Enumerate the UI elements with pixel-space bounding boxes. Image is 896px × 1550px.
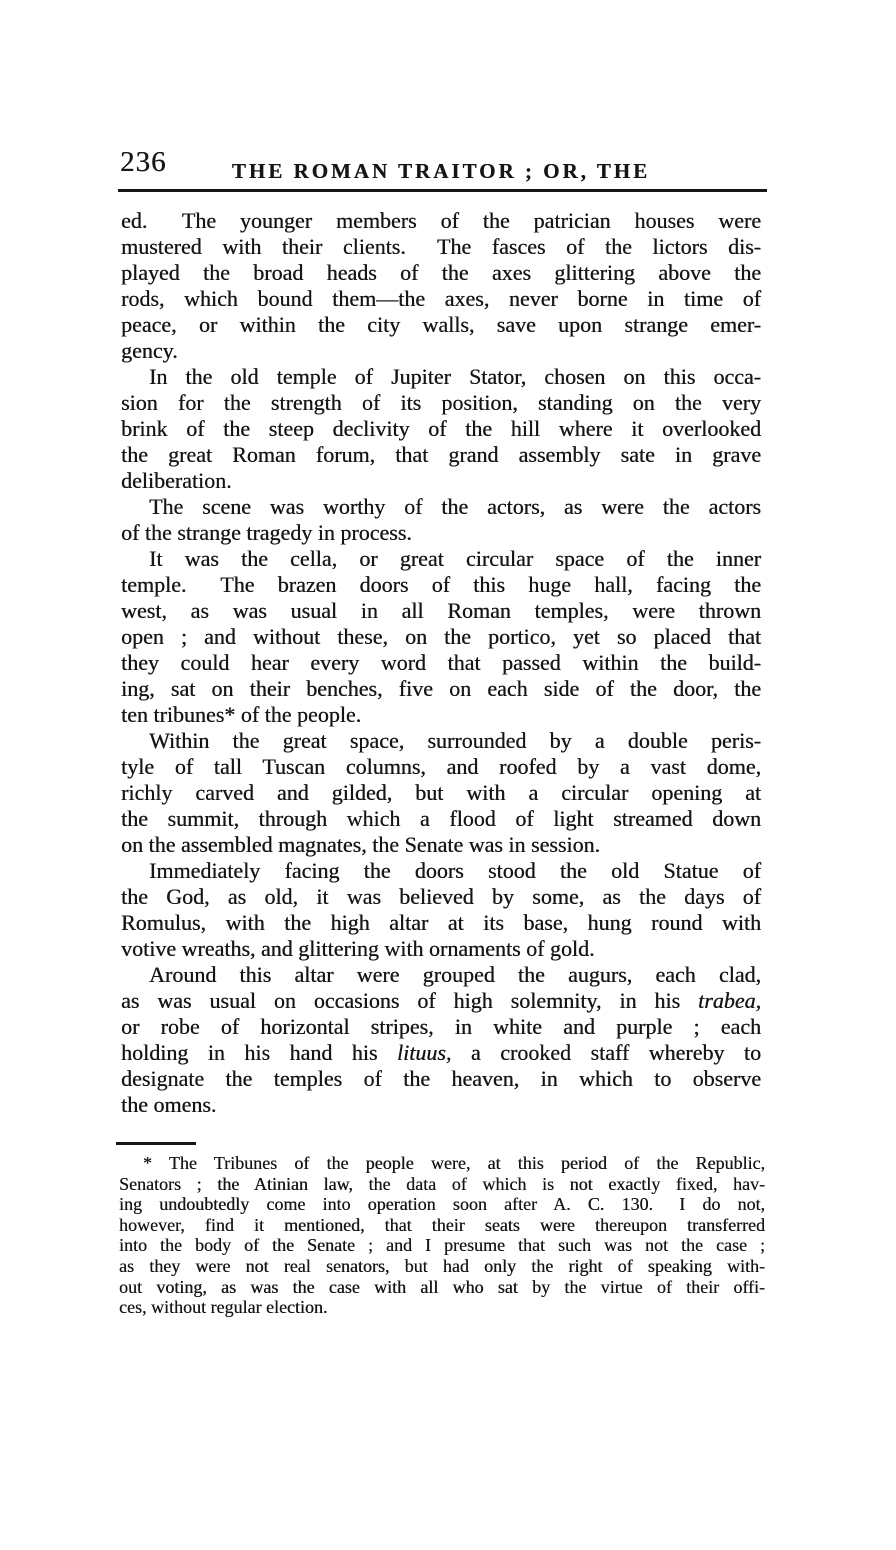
text-line: ing, sat on their benches, five on each …	[121, 676, 761, 702]
text-segment: the summit, through which a flood of lig…	[121, 806, 761, 831]
italic-term: trabea,	[698, 988, 761, 1013]
text-segment: however, find it mentioned, that their s…	[119, 1215, 765, 1235]
text-line: ed. The younger members of the patrician…	[121, 208, 761, 234]
text-segment: on the assembled magnates, the Senate wa…	[121, 832, 600, 857]
text-segment: ces, without regular election.	[119, 1297, 327, 1317]
text-line: on the assembled magnates, the Senate wa…	[121, 832, 761, 858]
paragraph: In the old temple of Jupiter Stator, cho…	[121, 364, 761, 494]
book-page: 236 THE ROMAN TRAITOR ; OR, THE ed. The …	[0, 0, 896, 1550]
text-line: ing undoubtedly come into operation soon…	[119, 1194, 765, 1215]
text-segment: west, as was usual in all Roman temples,…	[121, 598, 761, 623]
text-line: sion for the strength of its position, s…	[121, 390, 761, 416]
text-segment: sion for the strength of its position, s…	[121, 390, 761, 415]
text-segment: Immediately facing the doors stood the o…	[149, 858, 761, 883]
text-line: the summit, through which a flood of lig…	[121, 806, 761, 832]
text-segment: open ; and without these, on the portico…	[121, 624, 761, 649]
text-line: gency.	[121, 338, 761, 364]
text-line: In the old temple of Jupiter Stator, cho…	[121, 364, 761, 390]
text-segment: deliberation.	[121, 468, 232, 493]
text-segment: tyle of tall Tuscan columns, and roofed …	[121, 754, 761, 779]
text-segment: gency.	[121, 338, 178, 363]
text-line: tyle of tall Tuscan columns, and roofed …	[121, 754, 761, 780]
text-line: into the body of the Senate ; and I pres…	[119, 1235, 765, 1256]
text-segment: temple. The brazen doors of this huge ha…	[121, 572, 761, 597]
text-segment: The scene was worthy of the actors, as w…	[149, 494, 761, 519]
text-segment: out voting, as was the case with all who…	[119, 1277, 765, 1297]
text-segment: designate the temples of the heaven, in …	[121, 1066, 761, 1091]
running-title: THE ROMAN TRAITOR ; OR, THE	[121, 159, 761, 184]
text-segment: the great Roman forum, that grand assemb…	[121, 442, 761, 467]
text-segment: * The Tribunes of the people were, at th…	[143, 1153, 765, 1173]
text-line: designate the temples of the heaven, in …	[121, 1066, 761, 1092]
text-segment: as was usual on occasions of high solemn…	[121, 988, 698, 1013]
text-segment: of the strange tragedy in process.	[121, 520, 412, 545]
text-line: the omens.	[121, 1092, 761, 1118]
text-segment: holding in his hand his	[121, 1040, 397, 1065]
text-segment: the God, as old, it was believed by some…	[121, 884, 761, 909]
text-line: played the broad heads of the axes glitt…	[121, 260, 761, 286]
italic-term: lituus,	[397, 1040, 451, 1065]
text-segment: the omens.	[121, 1092, 216, 1117]
text-line: richly carved and gilded, but with a cir…	[121, 780, 761, 806]
text-segment: mustered with their clients. The fasces …	[121, 234, 761, 259]
text-line: of the strange tragedy in process.	[121, 520, 761, 546]
text-segment: Within the great space, surrounded by a …	[149, 728, 761, 753]
text-line: temple. The brazen doors of this huge ha…	[121, 572, 761, 598]
text-segment: In the old temple of Jupiter Stator, cho…	[149, 364, 761, 389]
text-line: or robe of horizontal stripes, in white …	[121, 1014, 761, 1040]
text-segment: played the broad heads of the axes glitt…	[121, 260, 761, 285]
text-segment: as they were not real senators, but had …	[119, 1256, 765, 1276]
text-line: as was usual on occasions of high solemn…	[121, 988, 761, 1014]
text-segment: ten tribunes* of the people.	[121, 702, 361, 727]
paragraph: It was the cella, or great circular spac…	[121, 546, 761, 728]
text-line: Immediately facing the doors stood the o…	[121, 858, 761, 884]
text-segment: or robe of horizontal stripes, in white …	[121, 1014, 761, 1039]
text-segment: a crooked staff whereby to	[451, 1040, 761, 1065]
paragraph: Around this altar were grouped the augur…	[121, 962, 761, 1118]
text-segment: Romulus, with the high altar at its base…	[121, 910, 761, 935]
text-line: deliberation.	[121, 468, 761, 494]
text-line: ces, without regular election.	[119, 1297, 765, 1318]
paragraph: ed. The younger members of the patrician…	[121, 208, 761, 364]
footnote-separator	[116, 1142, 196, 1145]
text-segment: Around this altar were grouped the augur…	[149, 962, 761, 987]
text-segment: ed. The younger members of the patrician…	[121, 208, 761, 233]
text-line: ten tribunes* of the people.	[121, 702, 761, 728]
text-segment: peace, or within the city walls, save up…	[121, 312, 761, 337]
text-line: Within the great space, surrounded by a …	[121, 728, 761, 754]
text-line: It was the cella, or great circular spac…	[121, 546, 761, 572]
text-segment: ing undoubtedly come into operation soon…	[119, 1194, 765, 1214]
text-line: the great Roman forum, that grand assemb…	[121, 442, 761, 468]
text-segment: votive wreaths, and glittering with orna…	[121, 936, 595, 961]
paragraph: Immediately facing the doors stood the o…	[121, 858, 761, 962]
text-segment: into the body of the Senate ; and I pres…	[119, 1235, 765, 1255]
text-line: The scene was worthy of the actors, as w…	[121, 494, 761, 520]
text-segment: rods, which bound them—the axes, never b…	[121, 286, 761, 311]
text-segment: It was the cella, or great circular spac…	[149, 546, 761, 571]
text-line: Romulus, with the high altar at its base…	[121, 910, 761, 936]
text-line: they could hear every word that passed w…	[121, 650, 761, 676]
text-line: out voting, as was the case with all who…	[119, 1277, 765, 1298]
text-line: mustered with their clients. The fasces …	[121, 234, 761, 260]
text-segment: brink of the steep declivity of the hill…	[121, 416, 761, 441]
body-text: ed. The younger members of the patrician…	[121, 208, 761, 1118]
text-line: as they were not real senators, but had …	[119, 1256, 765, 1277]
text-line: open ; and without these, on the portico…	[121, 624, 761, 650]
text-segment: ing, sat on their benches, five on each …	[121, 676, 761, 701]
text-segment: richly carved and gilded, but with a cir…	[121, 780, 761, 805]
text-line: votive wreaths, and glittering with orna…	[121, 936, 761, 962]
text-line: the God, as old, it was believed by some…	[121, 884, 761, 910]
text-line: west, as was usual in all Roman temples,…	[121, 598, 761, 624]
footnote: * The Tribunes of the people were, at th…	[119, 1153, 765, 1318]
text-line: peace, or within the city walls, save up…	[121, 312, 761, 338]
text-line: however, find it mentioned, that their s…	[119, 1215, 765, 1236]
header-rule	[118, 189, 767, 192]
text-line: holding in his hand his lituus, a crooke…	[121, 1040, 761, 1066]
text-line: * The Tribunes of the people were, at th…	[119, 1153, 765, 1174]
text-segment: they could hear every word that passed w…	[121, 650, 761, 675]
text-line: Around this altar were grouped the augur…	[121, 962, 761, 988]
text-segment: Senators ; the Atinian law, the data of …	[119, 1174, 765, 1194]
text-line: brink of the steep declivity of the hill…	[121, 416, 761, 442]
paragraph: * The Tribunes of the people were, at th…	[119, 1153, 765, 1318]
text-line: rods, which bound them—the axes, never b…	[121, 286, 761, 312]
text-line: Senators ; the Atinian law, the data of …	[119, 1174, 765, 1195]
paragraph: Within the great space, surrounded by a …	[121, 728, 761, 858]
paragraph: The scene was worthy of the actors, as w…	[121, 494, 761, 546]
